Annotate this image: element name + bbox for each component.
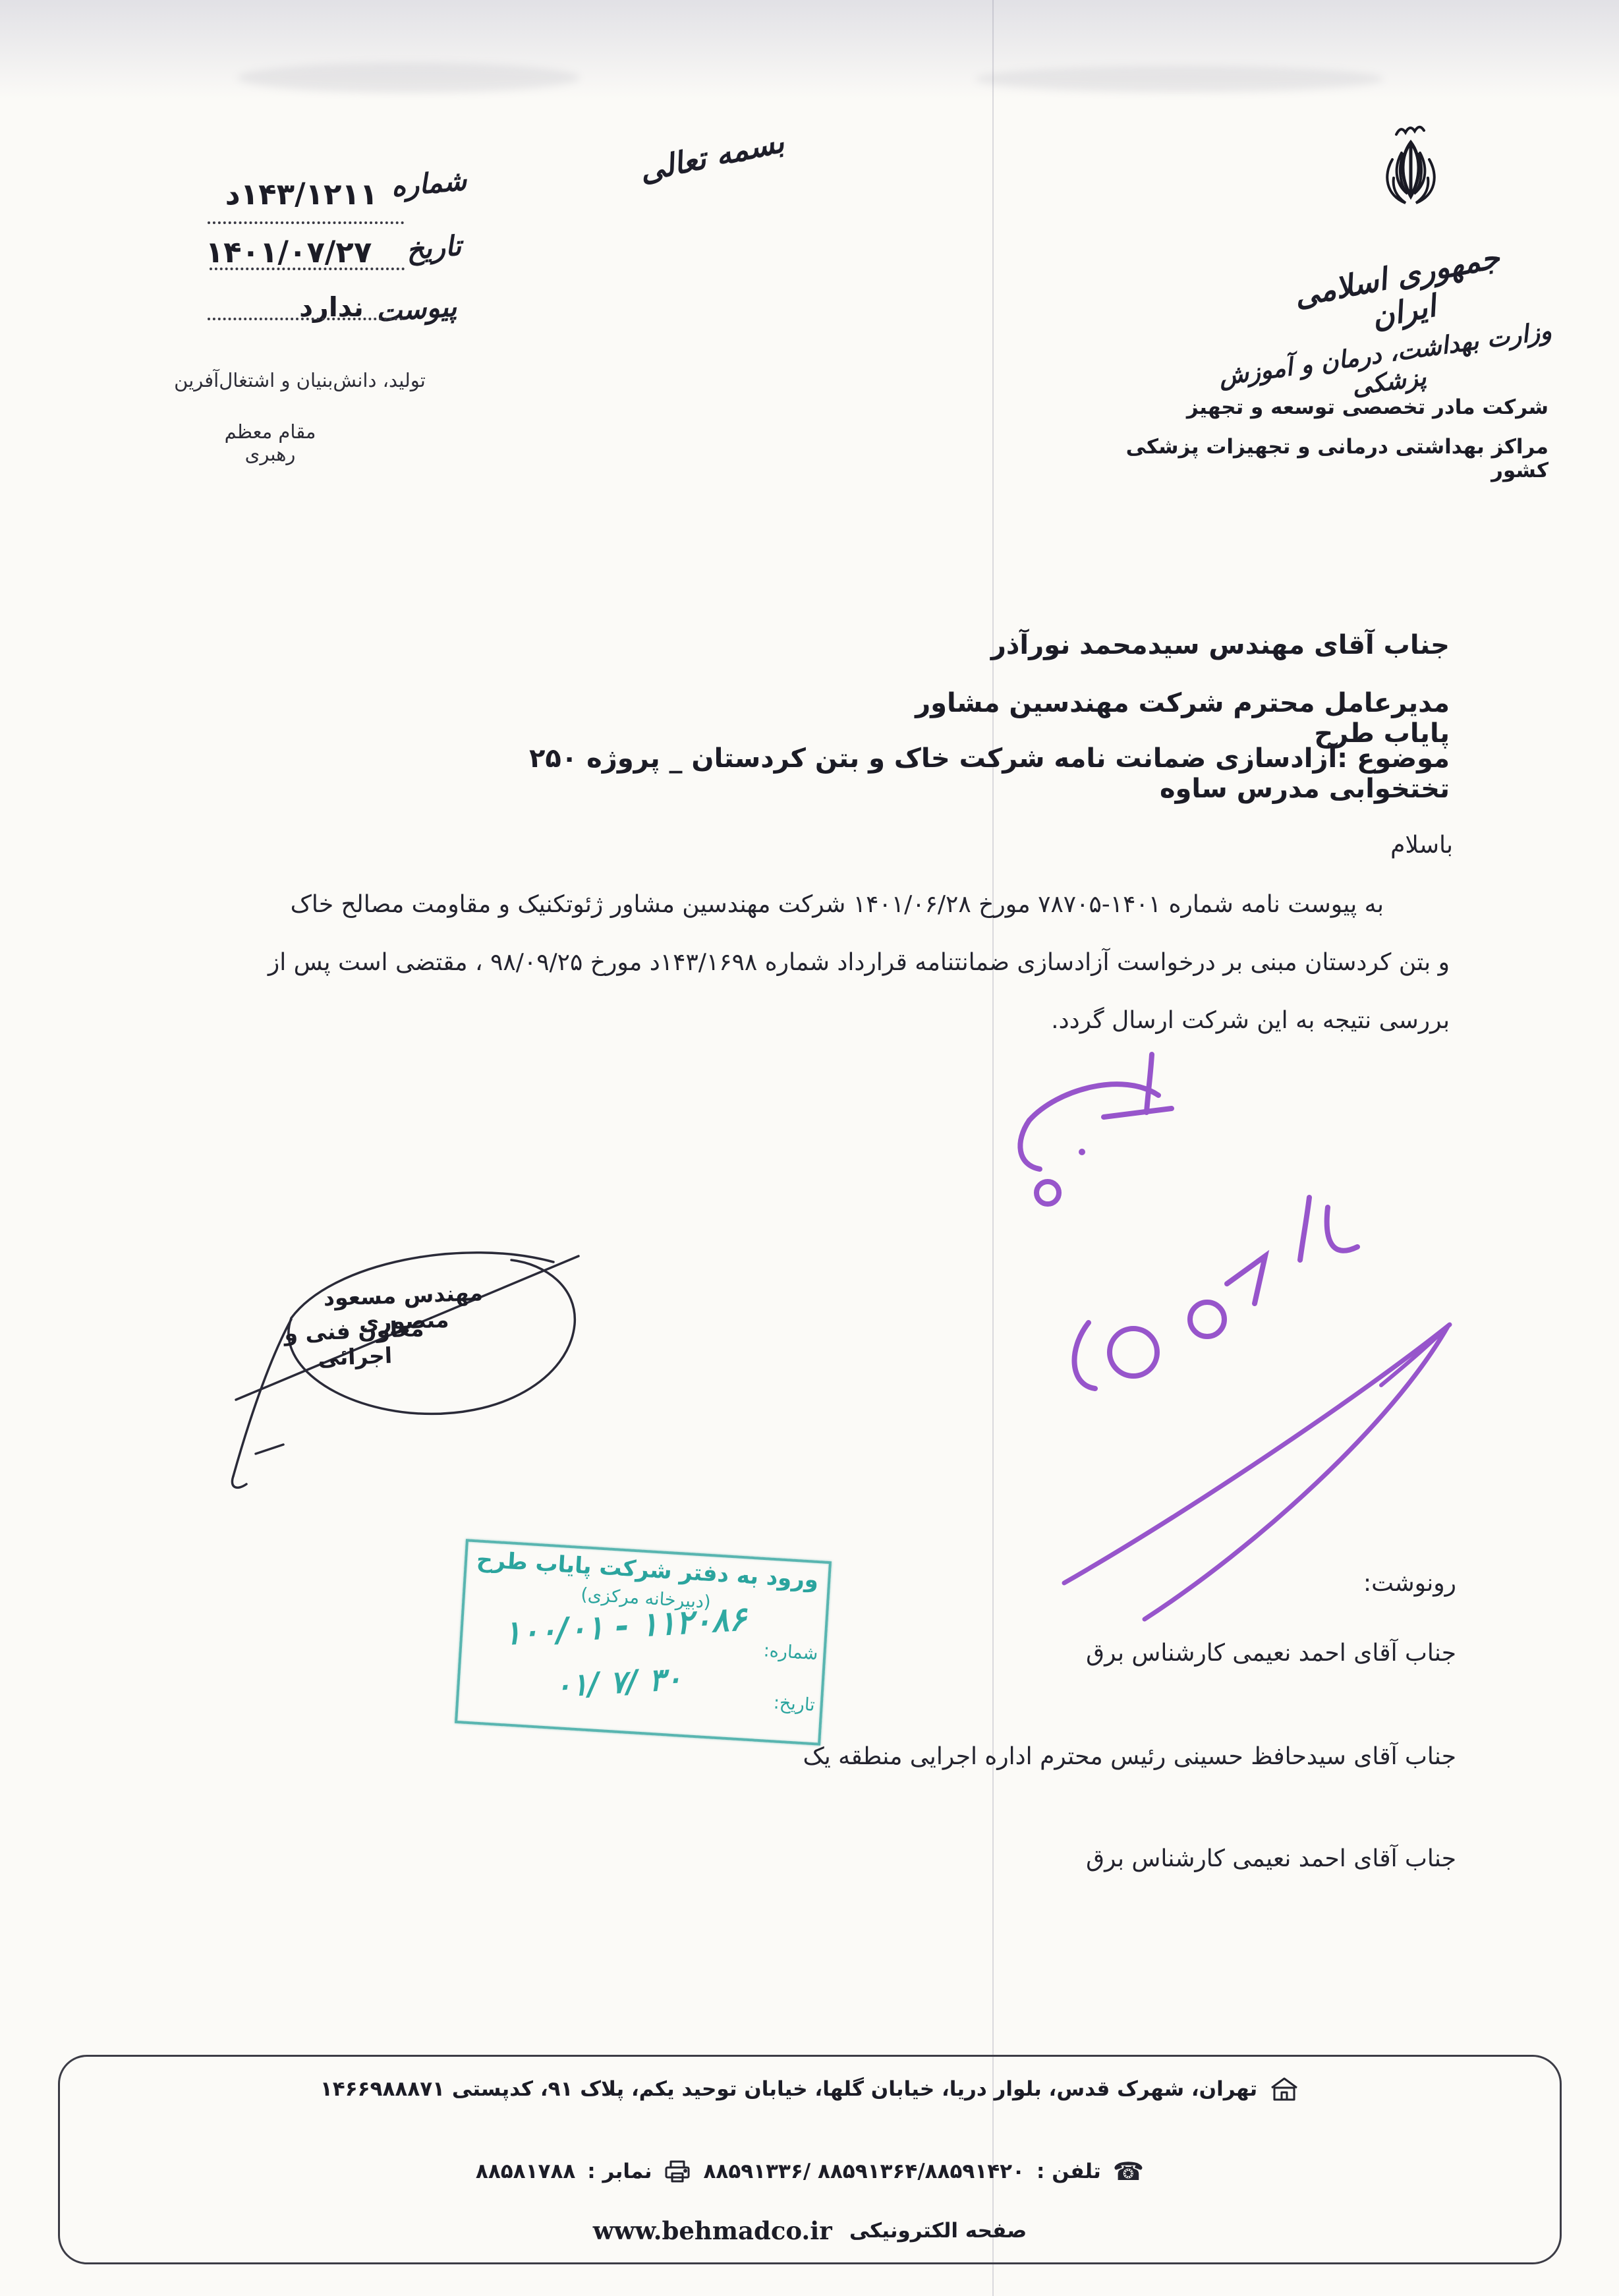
cc-item-2: جناب آقای سیدحافظ حسینی رئیس محترم اداره… [778,1743,1456,1770]
scan-smudge [237,63,580,93]
entry-stamp: ورود به دفتر شرکت پایاب طرح (دبیرخانه مر… [455,1539,832,1745]
entry-stamp-number-value: ۱۰۰/۰۱ - ۱۱۲۰۸۶ [482,1598,768,1653]
footer-website: www.behmadco.ir [593,2216,832,2245]
footer-fax-number: ۸۸۵۸۱۷۸۸ [476,2160,575,2183]
footer-phone-row: ☎ تلفن : ۸۸۵۹۱۳۳۶/ ۸۸۵۹۱۳۶۴/۸۸۵۹۱۴۲۰ نما… [60,2157,1560,2186]
subject-line: موضوع :آزادسازی ضمانت نامه شرکت خاک و بت… [441,743,1450,804]
field-date-label: تاریخ [394,229,463,268]
footer-web-row: صفحه الکترونیکی www.behmadco.ir [60,2216,1560,2245]
entry-stamp-date-value: ۰۱/ ۷/ ۳۰ [532,1659,705,1706]
field-attachment-dotted-line [208,318,403,320]
telephone-icon: ☎ [1113,2157,1144,2186]
field-attachment-label: پیوست [383,290,457,328]
purple-pen-note-icon [988,1028,1489,1634]
field-date-value: ۱۴۰۱/۰۷/۲۷ [203,235,374,270]
year-slogan: تولید، دانش‌بنیان و اشتغال‌آفرین [165,369,435,391]
body-line-2: و بتن کردستان مبنی بر درخواست آزادسازی ض… [198,949,1450,976]
footer-phone-label: تلفن : [1037,2160,1101,2183]
scan-top-shadow [0,0,1619,99]
post-building-icon [1269,2075,1299,2103]
header-org-line2: مراکز بهداشتی درمانی و تجهیزات پزشکی کشو… [1094,435,1548,482]
recipient-name: جناب آقای مهندس سیدمحمد نورآذر [988,630,1450,660]
cc-item-3: جناب آقای احمد نعیمی کارشناس برق [975,1845,1456,1872]
signatory-title: معاون فنی و اجرائی [255,1315,455,1373]
field-number-label: شماره [386,164,468,203]
header-org-line1: شرکت مادر تخصصی توسعه و تجهیز [1179,395,1548,419]
cc-heading: رونوشت: [1321,1570,1456,1597]
footer-address: تهران، شهرک قدس، بلوار دریا، خیابان گلها… [320,2077,1257,2101]
footer-web-label: صفحه الکترونیکی [849,2219,1027,2243]
bismillah-calligraphy: بسمه تعالی [627,122,796,191]
salutation: باسلام [1318,832,1453,859]
entry-stamp-number-label: شماره: [763,1640,818,1664]
field-number-dotted-line [208,221,404,224]
entry-stamp-date-label: تاریخ: [773,1692,816,1715]
cc-item-1: جناب آقای احمد نعیمی کارشناس برق [975,1640,1456,1667]
scanned-letter-page: { "document": { "bismillah": "بسمه تعالی… [0,0,1619,2296]
footer-phone-numbers: ۸۸۵۹۱۳۳۶/ ۸۸۵۹۱۳۶۴/۸۸۵۹۱۴۲۰ [703,2160,1025,2183]
fax-icon [664,2159,691,2184]
recipient-title: مدیرعامل محترم شرکت مهندسین مشاور پایاب … [857,688,1450,749]
year-slogan-attribution: مقام معظم رهبری [201,420,339,465]
field-date-dotted-line [210,268,405,270]
scan-smudge [975,66,1384,92]
footer-fax-label: نمابر : [587,2160,652,2183]
field-number-value: ۱۴۳/۱۲۱۱د [221,177,382,212]
iran-allah-emblem-icon [1374,120,1448,245]
footer-address-row: تهران، شهرک قدس، بلوار دریا، خیابان گلها… [60,2075,1560,2103]
footer-contact-box: تهران، شهرک قدس، بلوار دریا، خیابان گلها… [58,2055,1562,2264]
body-line-1: به پیوست نامه شماره ۱۴۰۱-۷۸۷۰۵ مورخ ۱۴۰۱… [198,891,1384,918]
